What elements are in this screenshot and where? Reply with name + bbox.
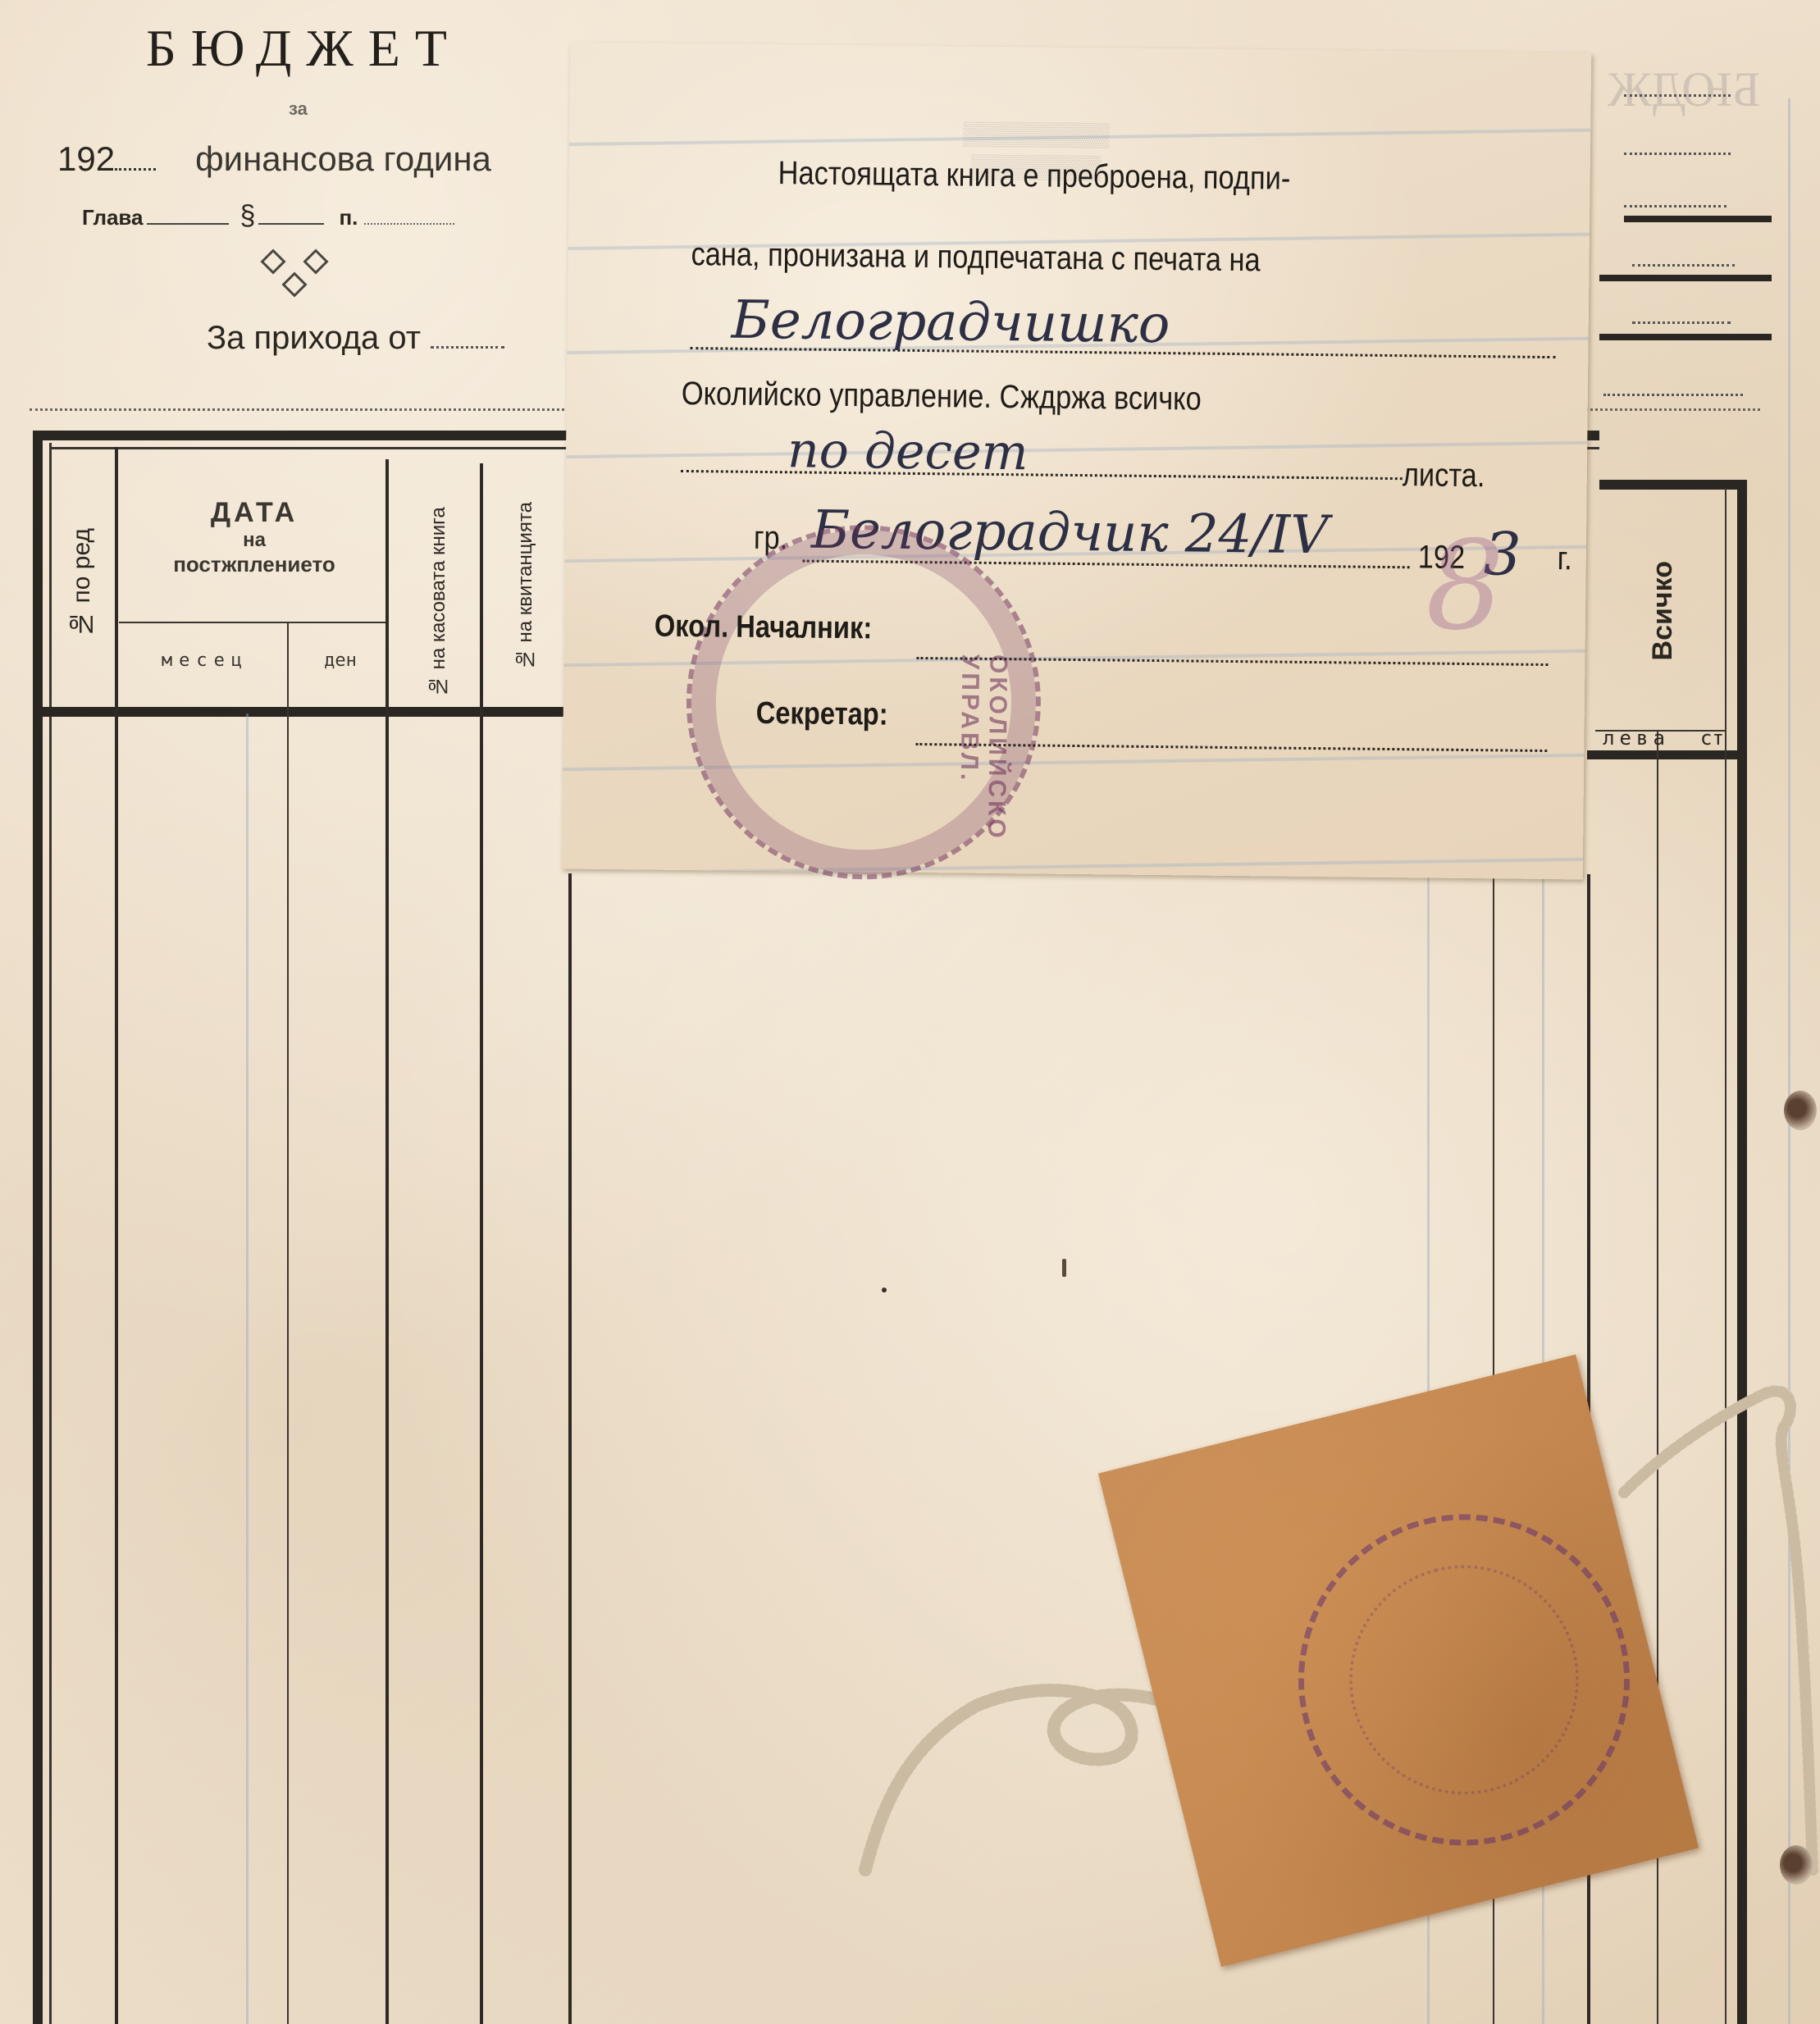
punch-hole-icon [1780, 1845, 1813, 1885]
punch-hole-icon [1784, 1091, 1817, 1130]
seal-stamp-icon [1263, 1479, 1665, 1880]
